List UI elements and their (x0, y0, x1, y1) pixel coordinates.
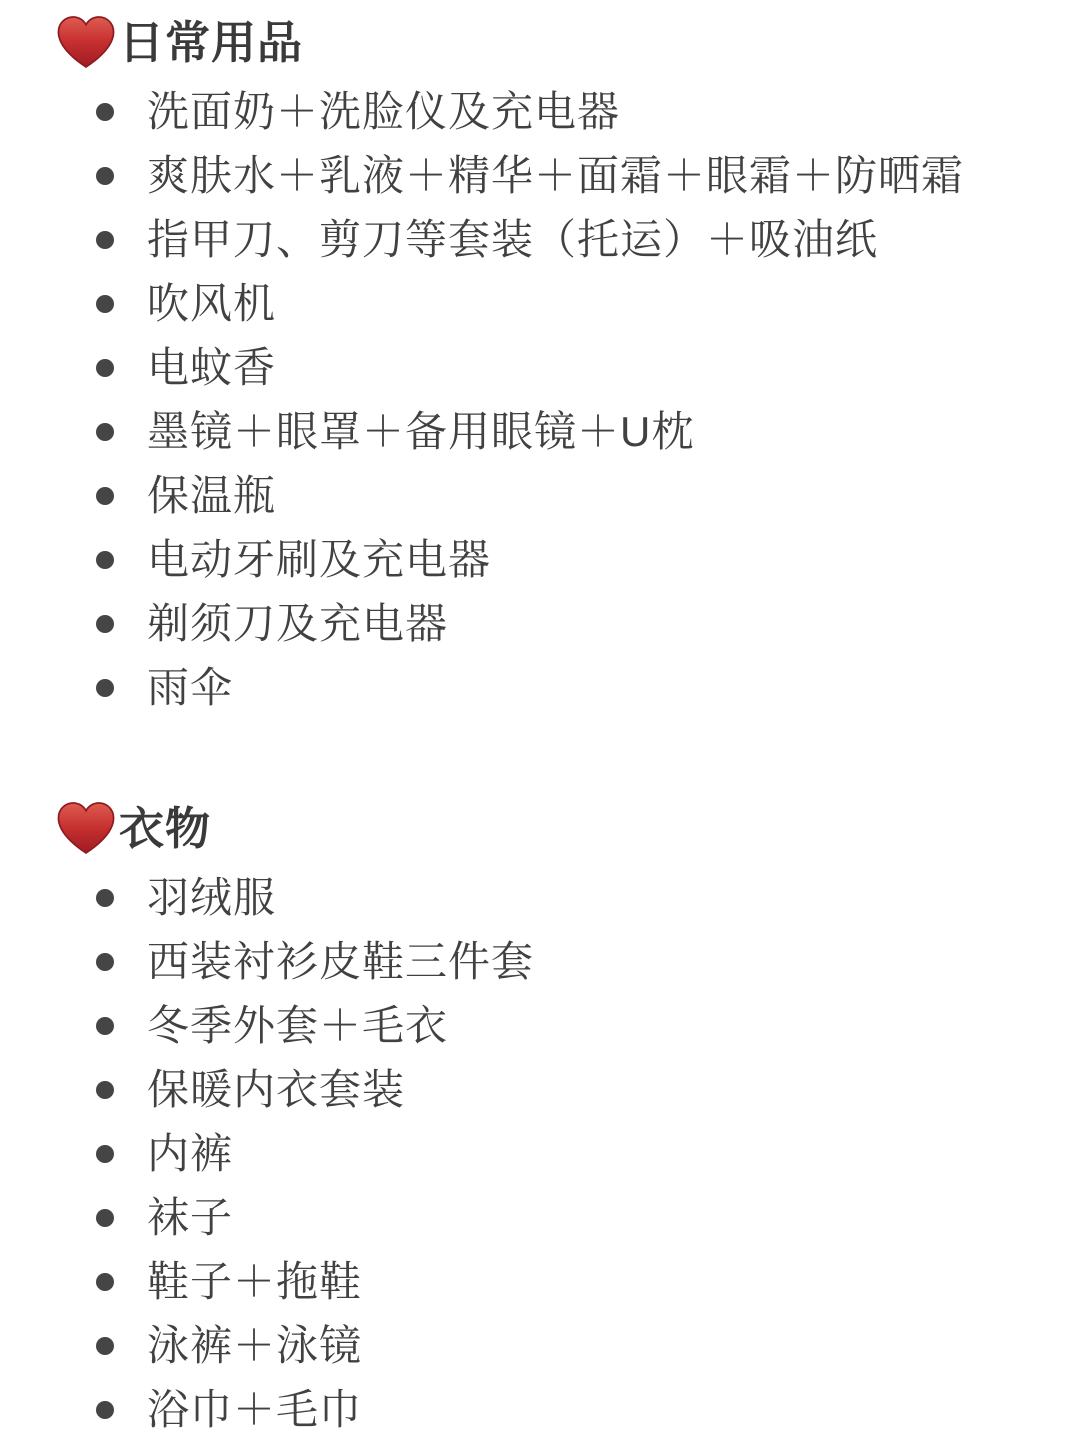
bullet-icon (96, 1017, 114, 1035)
list-item: 爽肤水＋乳液＋精华＋面霜＋眼霜＋防晒霜 (0, 144, 1080, 208)
list-item: 内裤 (0, 1122, 1080, 1186)
bullet-icon (96, 1273, 114, 1291)
bullet-icon (96, 1081, 114, 1099)
bullet-icon (96, 679, 114, 697)
item-text: 浴巾＋毛巾 (147, 1385, 362, 1435)
section-header: 衣物 (0, 796, 1080, 860)
list-item: 鞋子＋拖鞋 (0, 1250, 1080, 1314)
list-item: 羽绒服 (0, 866, 1080, 930)
item-text: 保暖内衣套装 (147, 1065, 405, 1115)
bullet-icon (96, 359, 114, 377)
bullet-icon (96, 551, 114, 569)
item-text: 墨镜＋眼罩＋备用眼镜＋U枕 (147, 407, 694, 457)
bullet-icon (96, 1337, 114, 1355)
list-item: 浴巾＋毛巾 (0, 1378, 1080, 1440)
item-text: 冬季外套＋毛衣 (147, 1001, 448, 1051)
list-item: 电动牙刷及充电器 (0, 528, 1080, 592)
section-title: 衣物 (119, 806, 211, 851)
bullet-icon (96, 1145, 114, 1163)
list-item: 吹风机 (0, 272, 1080, 336)
item-list: 羽绒服 西装衬衫皮鞋三件套 冬季外套＋毛衣 保暖内衣套装 内裤 袜子 鞋子＋拖鞋… (0, 866, 1080, 1440)
bullet-icon (96, 295, 114, 313)
list-item: 袜子 (0, 1186, 1080, 1250)
bullet-icon (96, 1401, 114, 1419)
packing-list-page: 日常用品 洗面奶＋洗脸仪及充电器 爽肤水＋乳液＋精华＋面霜＋眼霜＋防晒霜 指甲刀… (0, 0, 1080, 1440)
item-text: 袜子 (147, 1193, 233, 1243)
bullet-icon (96, 423, 114, 441)
bullet-icon (96, 889, 114, 907)
bullet-icon (96, 615, 114, 633)
list-item: 电蚊香 (0, 336, 1080, 400)
section-header: 日常用品 (0, 10, 1080, 74)
red-heart-icon (55, 13, 117, 71)
list-section: 日常用品 洗面奶＋洗脸仪及充电器 爽肤水＋乳液＋精华＋面霜＋眼霜＋防晒霜 指甲刀… (0, 10, 1080, 720)
list-item: 指甲刀、剪刀等套装（托运）＋吸油纸 (0, 208, 1080, 272)
item-text: 剃须刀及充电器 (147, 599, 448, 649)
list-item: 墨镜＋眼罩＋备用眼镜＋U枕 (0, 400, 1080, 464)
bullet-icon (96, 231, 114, 249)
bullet-icon (96, 167, 114, 185)
list-item: 保温瓶 (0, 464, 1080, 528)
bullet-icon (96, 487, 114, 505)
bullet-icon (96, 1209, 114, 1227)
item-text: 保温瓶 (147, 471, 276, 521)
item-text: 指甲刀、剪刀等套装（托运）＋吸油纸 (147, 215, 878, 265)
list-item: 剃须刀及充电器 (0, 592, 1080, 656)
item-text: 电动牙刷及充电器 (147, 535, 491, 585)
red-heart-icon (55, 799, 117, 857)
list-item: 泳裤＋泳镜 (0, 1314, 1080, 1378)
item-text: 洗面奶＋洗脸仪及充电器 (147, 87, 620, 137)
list-item: 西装衬衫皮鞋三件套 (0, 930, 1080, 994)
item-text: 羽绒服 (147, 873, 276, 923)
item-text: 内裤 (147, 1129, 233, 1179)
list-item: 雨伞 (0, 656, 1080, 720)
item-text: 西装衬衫皮鞋三件套 (147, 937, 534, 987)
item-list: 洗面奶＋洗脸仪及充电器 爽肤水＋乳液＋精华＋面霜＋眼霜＋防晒霜 指甲刀、剪刀等套… (0, 80, 1080, 720)
bullet-icon (96, 103, 114, 121)
item-text: 爽肤水＋乳液＋精华＋面霜＋眼霜＋防晒霜 (147, 151, 964, 201)
list-item: 冬季外套＋毛衣 (0, 994, 1080, 1058)
item-text: 电蚊香 (147, 343, 276, 393)
item-text: 泳裤＋泳镜 (147, 1321, 362, 1371)
list-section: 衣物 羽绒服 西装衬衫皮鞋三件套 冬季外套＋毛衣 保暖内衣套装 内裤 袜子 鞋子… (0, 796, 1080, 1440)
item-text: 雨伞 (147, 663, 233, 713)
item-text: 鞋子＋拖鞋 (147, 1257, 362, 1307)
list-item: 保暖内衣套装 (0, 1058, 1080, 1122)
bullet-icon (96, 953, 114, 971)
section-title: 日常用品 (119, 20, 303, 65)
item-text: 吹风机 (147, 279, 276, 329)
list-item: 洗面奶＋洗脸仪及充电器 (0, 80, 1080, 144)
